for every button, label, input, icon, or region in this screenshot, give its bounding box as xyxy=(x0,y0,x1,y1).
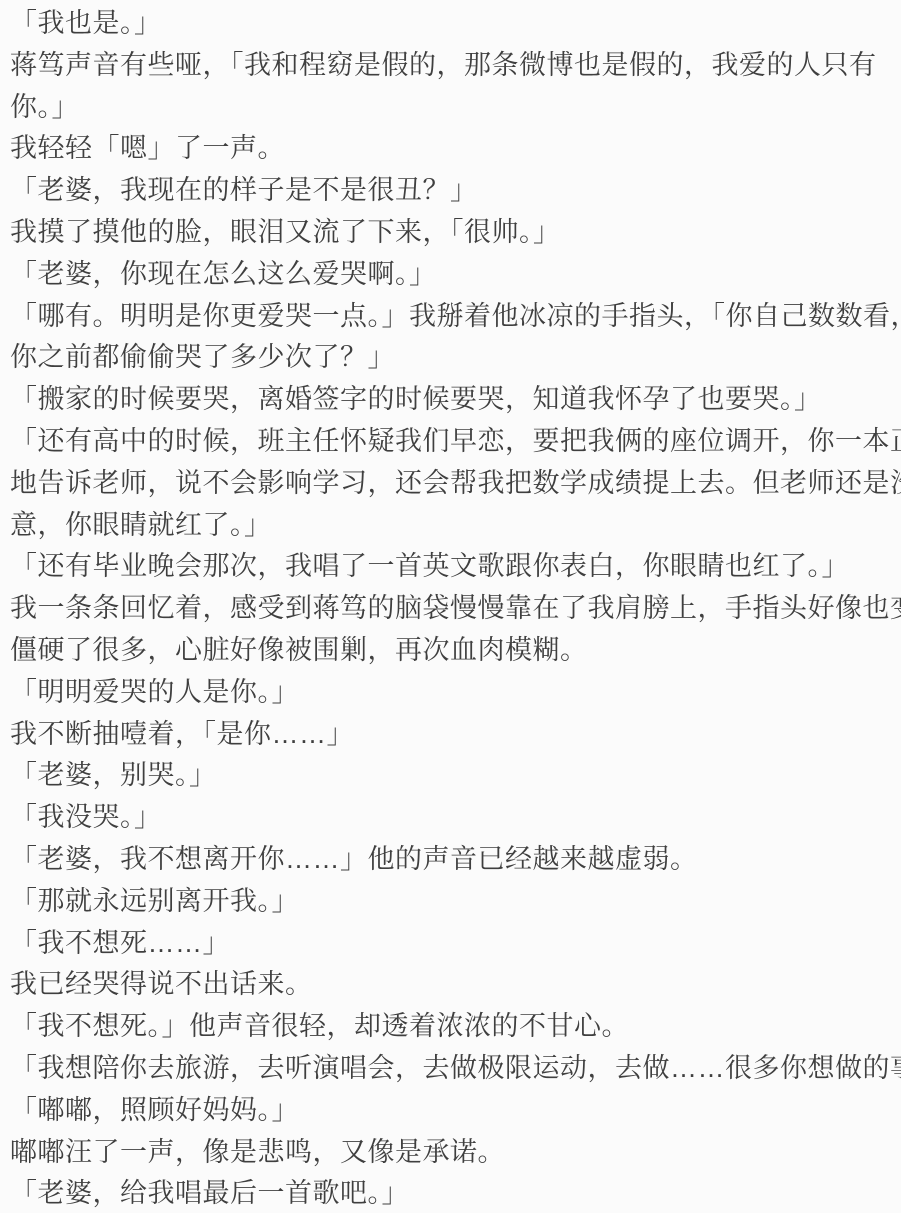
text-line: 嘟嘟汪了一声，像是悲鸣，又像是承诺。 xyxy=(10,1132,887,1174)
text-line: 「我不想死……」 xyxy=(10,923,887,965)
text-line: 我不断抽噎着，「是你……」 xyxy=(10,714,887,756)
text-line: 「那就永远别离开我。」 xyxy=(10,881,887,923)
text-line: 我一条条回忆着，感受到蒋笃的脑袋慢慢靠在了我肩膀上，手指头好像也变得 xyxy=(10,588,887,630)
text-line: 「老婆，给我唱最后一首歌吧。」 xyxy=(10,1173,887,1213)
text-line: 你之前都偷偷哭了多少次了？」 xyxy=(10,337,887,379)
text-line: 僵硬了很多，心脏好像被围剿，再次血肉模糊。 xyxy=(10,630,887,672)
text-line: 你。」 xyxy=(10,87,887,129)
text-line: 「还有高中的时候，班主任怀疑我们早恋，要把我俩的座位调开，你一本正经 xyxy=(10,421,887,463)
text-line: 「还有毕业晚会那次，我唱了一首英文歌跟你表白，你眼睛也红了。」 xyxy=(10,546,887,588)
text-line: 地告诉老师，说不会影响学习，还会帮我把数学成绩提上去。但老师还是没同 xyxy=(10,463,887,505)
text-line: 「老婆，我现在的样子是不是很丑？」 xyxy=(10,170,887,212)
text-line: 「老婆，别哭。」 xyxy=(10,755,887,797)
text-line: 「老婆，我不想离开你……」他的声音已经越来越虚弱。 xyxy=(10,839,887,881)
text-line: 「老婆，你现在怎么这么爱哭啊。」 xyxy=(10,254,887,296)
text-line: 我已经哭得说不出话来。 xyxy=(10,964,887,1006)
text-line: 我摸了摸他的脸，眼泪又流了下来，「很帅。」 xyxy=(10,212,887,254)
text-line: 「搬家的时候要哭，离婚签字的时候要哭，知道我怀孕了也要哭。」 xyxy=(10,379,887,421)
text-line: 「我想陪你去旅游，去听演唱会，去做极限运动，去做……很多你想做的事。」 xyxy=(10,1048,887,1090)
text-line: 「我也是。」 xyxy=(10,3,887,45)
text-line: 「我没哭。」 xyxy=(10,797,887,839)
text-line: 意，你眼睛就红了。」 xyxy=(10,505,887,547)
text-line: 蒋笃声音有些哑，「我和程窈是假的，那条微博也是假的，我爱的人只有 xyxy=(10,45,887,87)
text-line: 我轻轻「嗯」了一声。 xyxy=(10,128,887,170)
text-line: 「哪有。明明是你更爱哭一点。」我掰着他冰凉的手指头，「你自己数数看， xyxy=(10,296,887,338)
text-line: 「明明爱哭的人是你。」 xyxy=(10,672,887,714)
novel-reader-page: 「我也是。」蒋笃声音有些哑，「我和程窈是假的，那条微博也是假的，我爱的人只有你。… xyxy=(0,0,901,1213)
text-line: 「我不想死。」他声音很轻，却透着浓浓的不甘心。 xyxy=(10,1006,887,1048)
text-line: 「嘟嘟，照顾好妈妈。」 xyxy=(10,1090,887,1132)
